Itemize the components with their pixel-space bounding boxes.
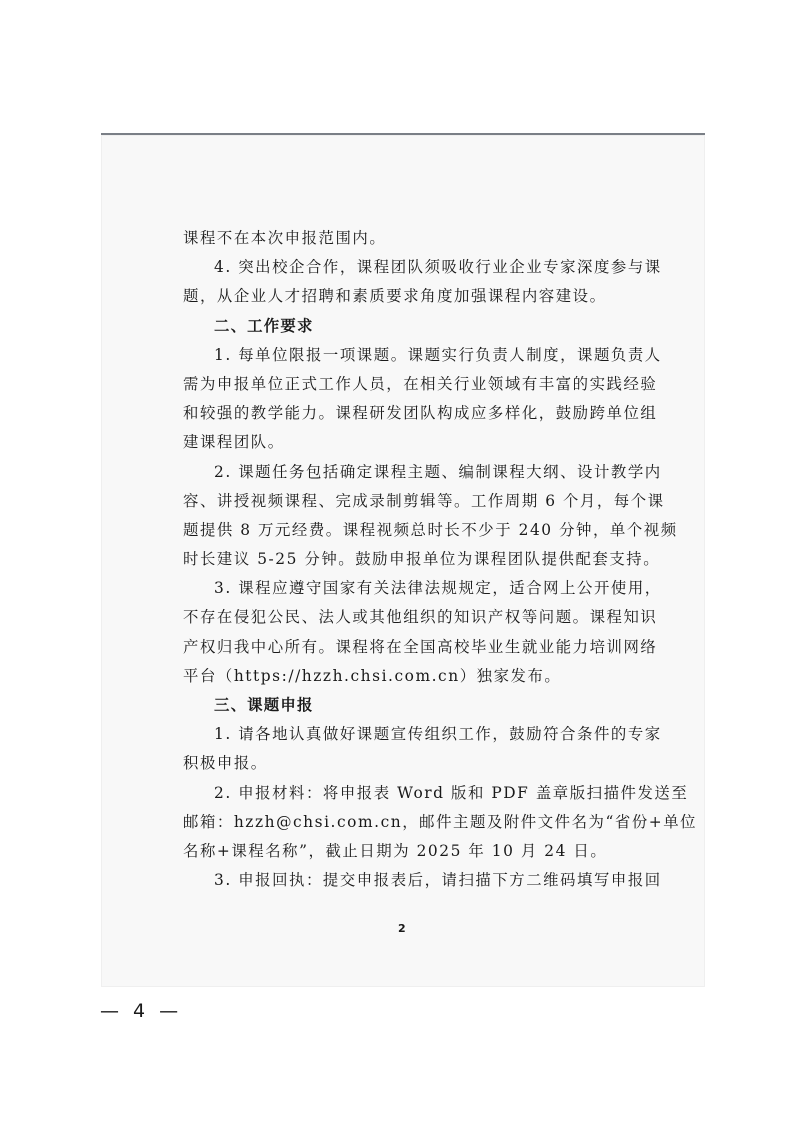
outer-page-footer: — 4 — (100, 1000, 182, 1022)
text-line: 容、讲授视频课程、完成录制剪辑等。工作周期 6 个月，每个课 (183, 487, 633, 516)
inner-page-number: 2 (398, 922, 406, 935)
text-line: 不存在侵犯公民、法人或其他组织的知识产权等问题。课程知识 (183, 603, 633, 632)
text-line: 2. 申报材料：将申报表 Word 版和 PDF 盖章版扫描件发送至 (183, 779, 633, 808)
text-line: 4. 突出校企合作，课程团队须吸收行业企业专家深度参与课 (183, 253, 633, 282)
text-line: 邮箱：hzzh@chsi.com.cn，邮件主题及附件文件名为“省份+单位 (183, 808, 633, 837)
text-line: 2. 课题任务包括确定课程主题、编制课程大纲、设计教学内 (183, 458, 633, 487)
text-line: 3. 课程应遵守国家有关法律法规规定，适合网上公开使用， (183, 574, 633, 603)
text-line: 平台（https://hzzh.chsi.com.cn）独家发布。 (183, 662, 633, 691)
text-line: 1. 每单位限报一项课题。课题实行负责人制度，课题负责人 (183, 341, 633, 370)
section-heading: 二、工作要求 (183, 312, 633, 341)
text-line: 时长建议 5-25 分钟。鼓励申报单位为课程团队提供配套支持。 (183, 545, 633, 574)
section-heading: 三、课题申报 (183, 691, 633, 720)
text-line: 名称+课程名称”，截止日期为 2025 年 10 月 24 日。 (183, 837, 633, 866)
document-body: 课程不在本次申报范围内。 4. 突出校企合作，课程团队须吸收行业企业专家深度参与… (183, 224, 633, 895)
text-line: 和较强的教学能力。课程研发团队构成应多样化，鼓励跨单位组 (183, 399, 633, 428)
text-line: 产权归我中心所有。课程将在全国高校毕业生就业能力培训网络 (183, 633, 633, 662)
text-line: 积极申报。 (183, 749, 633, 778)
text-line: 建课程团队。 (183, 428, 633, 457)
text-line: 1. 请各地认真做好课题宣传组织工作，鼓励符合条件的专家 (183, 720, 633, 749)
text-line: 3. 申报回执：提交申报表后，请扫描下方二维码填写申报回 (183, 866, 633, 895)
text-line: 题提供 8 万元经费。课程视频总时长不少于 240 分钟，单个视频 (183, 516, 633, 545)
text-line: 题，从企业人才招聘和素质要求角度加强课程内容建设。 (183, 282, 633, 311)
text-line: 需为申报单位正式工作人员，在相关行业领域有丰富的实践经验 (183, 370, 633, 399)
text-line: 课程不在本次申报范围内。 (183, 224, 633, 253)
